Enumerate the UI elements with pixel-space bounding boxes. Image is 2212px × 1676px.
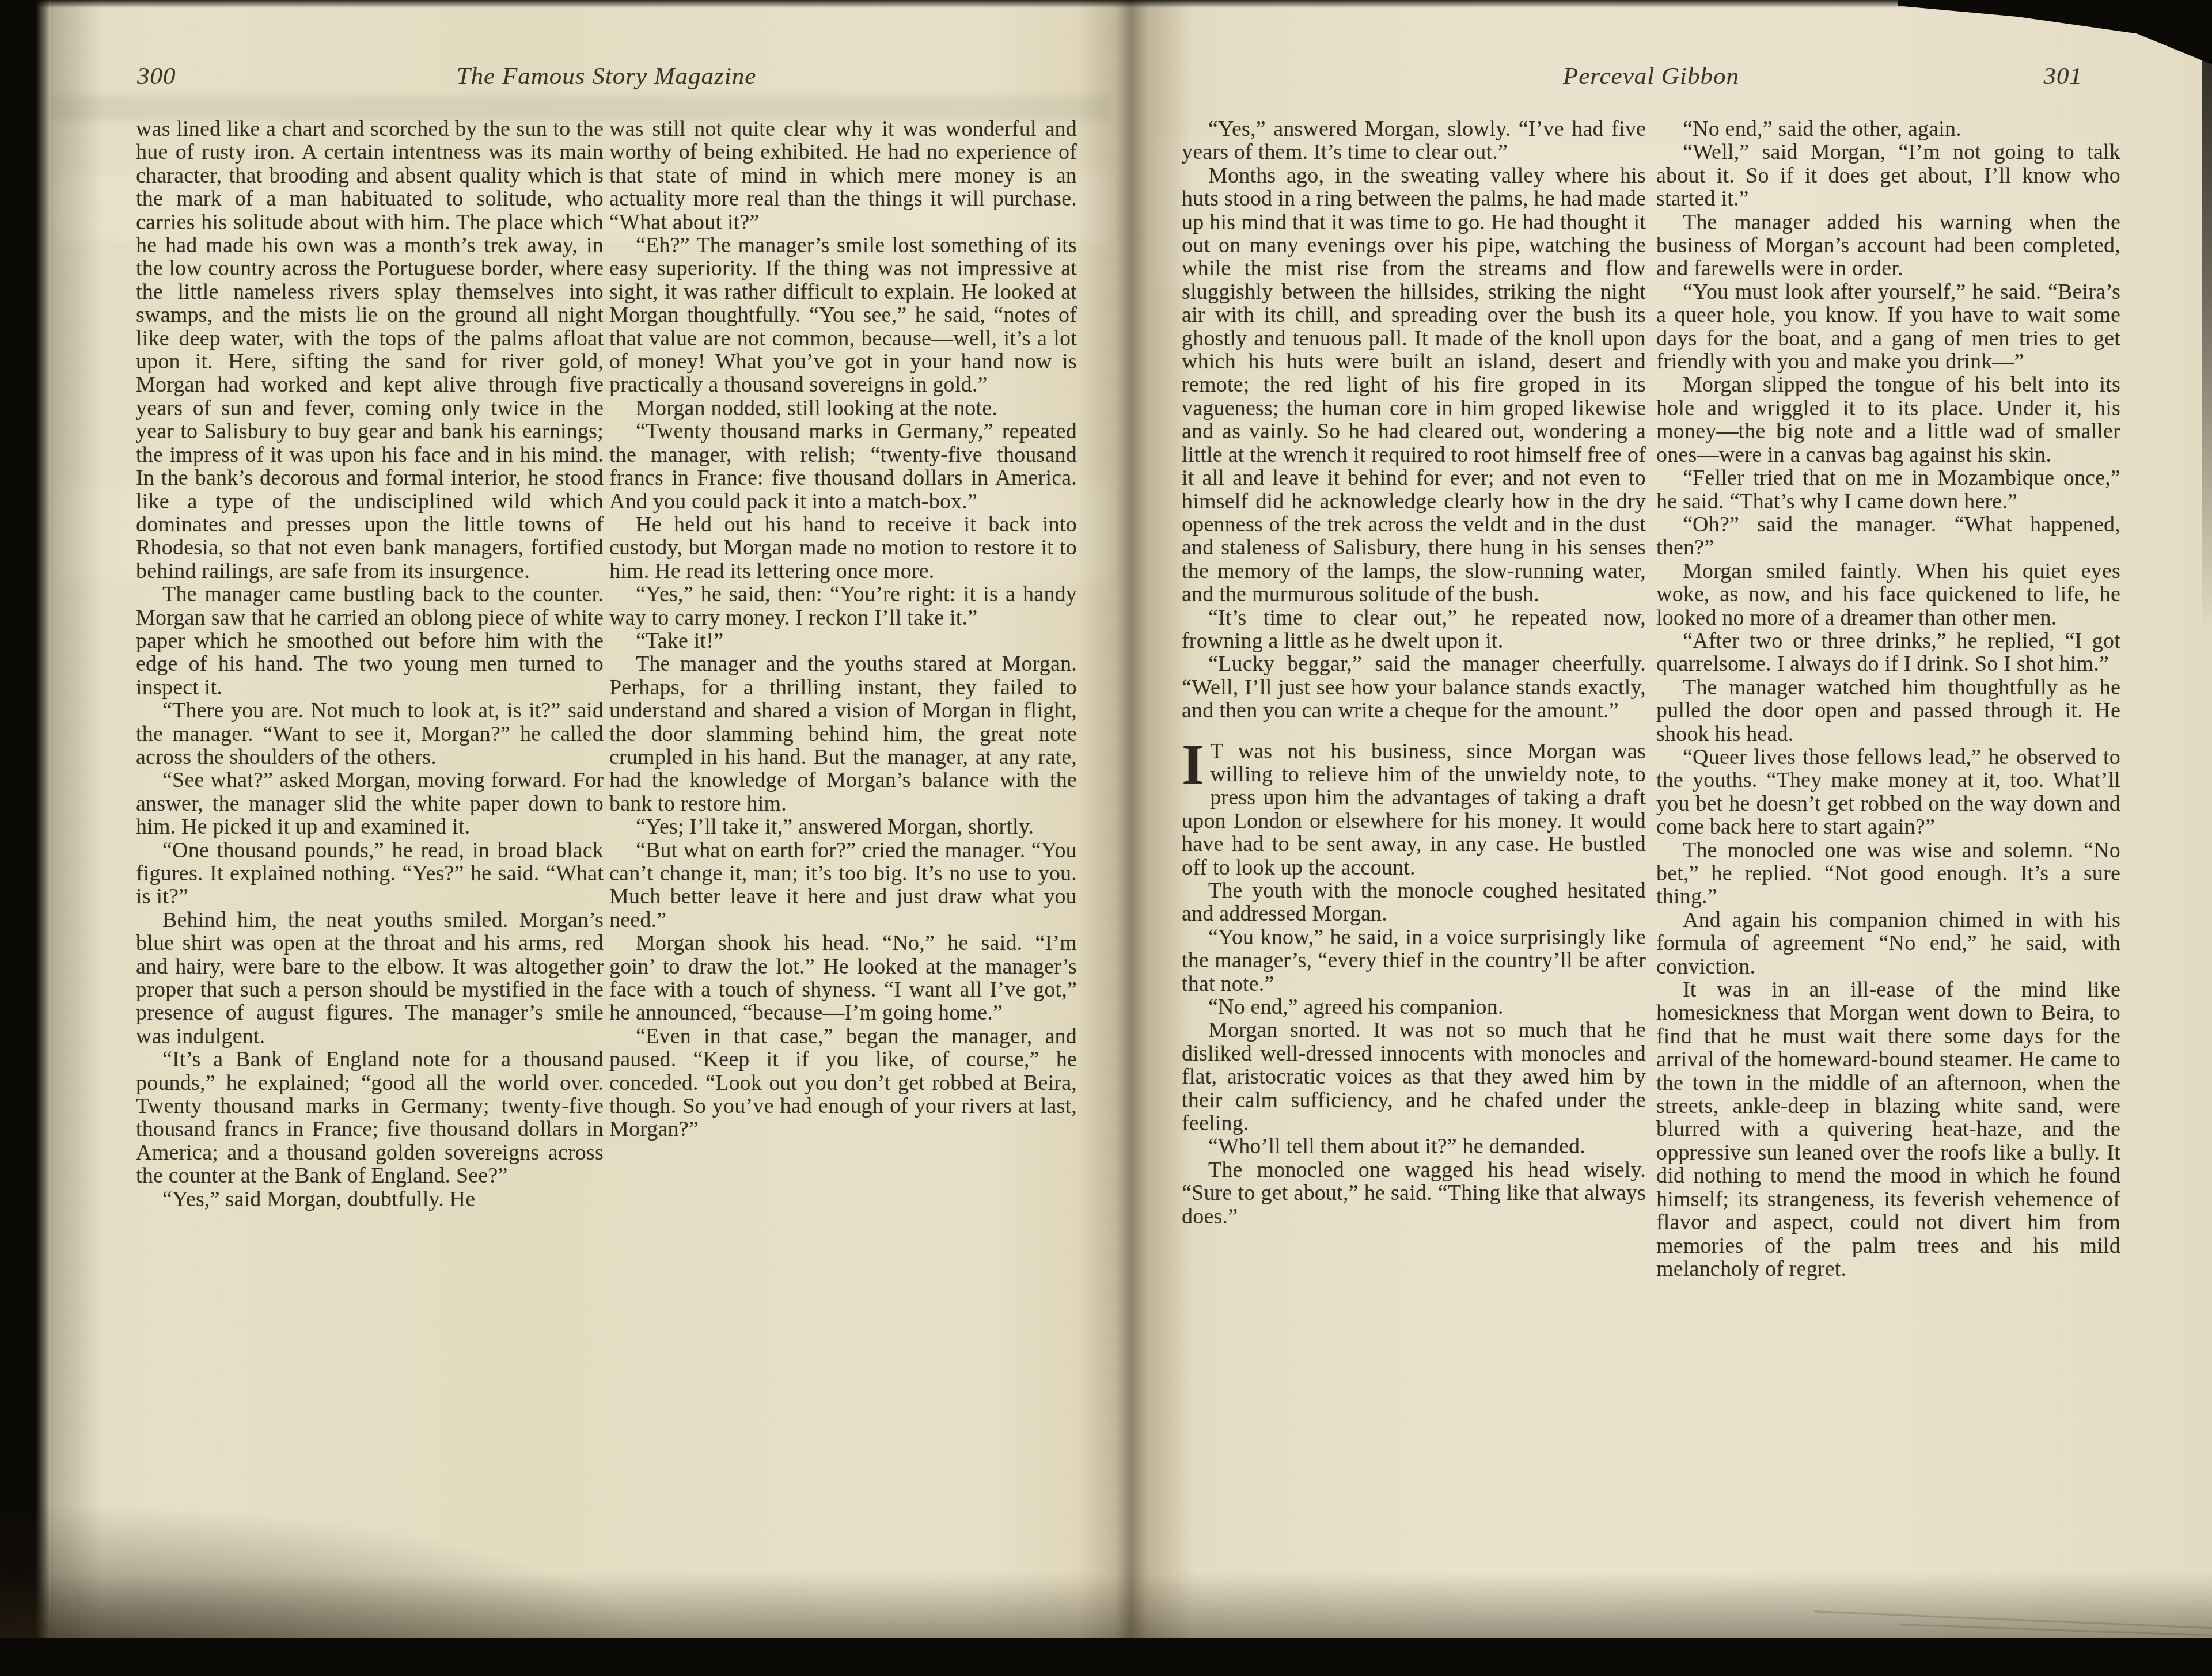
body-paragraph: “One thousand pounds,” he read, in broad… [136,839,604,909]
right-page-column-1: “Yes,” answered Morgan, slowly. “I’ve ha… [1182,117,1646,1534]
body-paragraph: “Lucky beggar,” said the manager cheerfu… [1182,652,1646,722]
body-paragraph: The manager watched him thoughtfully as … [1656,676,2120,746]
body-paragraph: “Even in that case,” began the manager, … [609,1025,1077,1141]
body-paragraph: Morgan smiled faintly. When his quiet ey… [1656,560,2120,629]
page-number-right: 301 [1951,62,2082,99]
scan-edge-top [0,0,2212,8]
body-paragraph: was lined like a chart and scorched by t… [136,117,604,583]
body-paragraph: “Eh?” The manager’s smile lost something… [609,234,1077,397]
body-paragraph: “Well,” said Morgan, “I’m not going to t… [1656,140,2120,210]
body-paragraph: The youth with the monocle coughed hesit… [1182,879,1646,926]
page-gutter-shadow [1077,0,1192,1676]
body-paragraph: Behind him, the neat youths smiled. Morg… [136,909,604,1048]
body-paragraph: “But what on earth for?” cried the manag… [609,839,1077,932]
scan-edge-left [0,0,53,1676]
body-paragraph: “Yes,” answered Morgan, slowly. “I’ve ha… [1182,117,1646,164]
body-paragraph: IT was not his business, since Morgan wa… [1182,740,1646,879]
body-paragraph: Morgan nodded, still looking at the note… [609,397,1077,420]
body-paragraph: “Yes,” said Morgan, doubtfully. He [136,1188,604,1211]
body-paragraph: He held out his hand to receive it back … [609,513,1077,583]
body-paragraph: “It’s time to clear out,” he repeated no… [1182,606,1646,653]
body-paragraph: “It’s a Bank of England note for a thous… [136,1048,604,1187]
body-paragraph: was still not quite clear why it was won… [609,117,1077,234]
body-paragraph: It was in an ill-ease of the mind like h… [1656,978,2120,1280]
body-paragraph: “Take it!” [609,629,1077,652]
right-page-column-2: “No end,” said the other, again.“Well,” … [1656,117,2120,1534]
scan-edge-left-shadow [51,0,103,1676]
body-paragraph: And again his companion chimed in with h… [1656,909,2120,978]
body-paragraph: “Yes,” he said, then: “You’re right: it … [609,583,1077,629]
body-paragraph: “Queer lives those fellows lead,” he obs… [1656,746,2120,839]
drop-cap: I [1182,740,1210,787]
body-paragraph: “No end,” said the other, again. [1656,117,2120,140]
body-paragraph: The manager came bustling back to the co… [136,583,604,699]
scan-edge-bottom [0,1638,2212,1676]
body-paragraph: The manager added his warning when the b… [1656,211,2120,280]
body-paragraph: “After two or three drinks,” he replied,… [1656,629,2120,676]
body-paragraph: “There you are. Not much to look at, is … [136,699,604,769]
body-paragraph: Morgan shook his head. “No,” he said. “I… [609,932,1077,1025]
scan-edge-right [2202,0,2212,633]
body-paragraph: “Oh?” said the manager. “What happened, … [1656,513,2120,560]
body-paragraph: The monocled one wagged his head wisely.… [1182,1158,1646,1228]
running-head-magazine-title: The Famous Story Magazine [136,62,1077,99]
body-paragraph: “Feller tried that on me in Mozambique o… [1656,466,2120,513]
body-paragraph: “See what?” asked Morgan, moving forward… [136,769,604,838]
body-paragraph: “Twenty thousand marks in Germany,” repe… [609,420,1077,513]
body-paragraph: Morgan snorted. It was not so much that … [1182,1018,1646,1135]
left-page-column-1: was lined like a chart and scorched by t… [136,117,604,1534]
body-paragraph: The manager and the youths stared at Mor… [609,652,1077,815]
body-paragraph: “Who’ll tell them about it?” he demanded… [1182,1135,1646,1158]
body-paragraph: “Yes; I’ll take it,” answered Morgan, sh… [609,815,1077,838]
body-paragraph: Months ago, in the sweating valley where… [1182,164,1646,606]
magazine-scan: 300 The Famous Story Magazine was lined … [0,0,2212,1676]
body-paragraph: “No end,” agreed his companion. [1182,995,1646,1018]
body-paragraph: The monocled one was wise and solemn. “N… [1656,839,2120,909]
left-page-column-2: was still not quite clear why it was won… [609,117,1077,1534]
body-paragraph: Morgan slipped the tongue of his belt in… [1656,373,2120,466]
scan-edge-bottom-shadow [0,1572,2212,1641]
body-paragraph: “You know,” he said, in a voice surprisi… [1182,926,1646,995]
body-paragraph: “You must look after yourself,” he said.… [1656,280,2120,374]
